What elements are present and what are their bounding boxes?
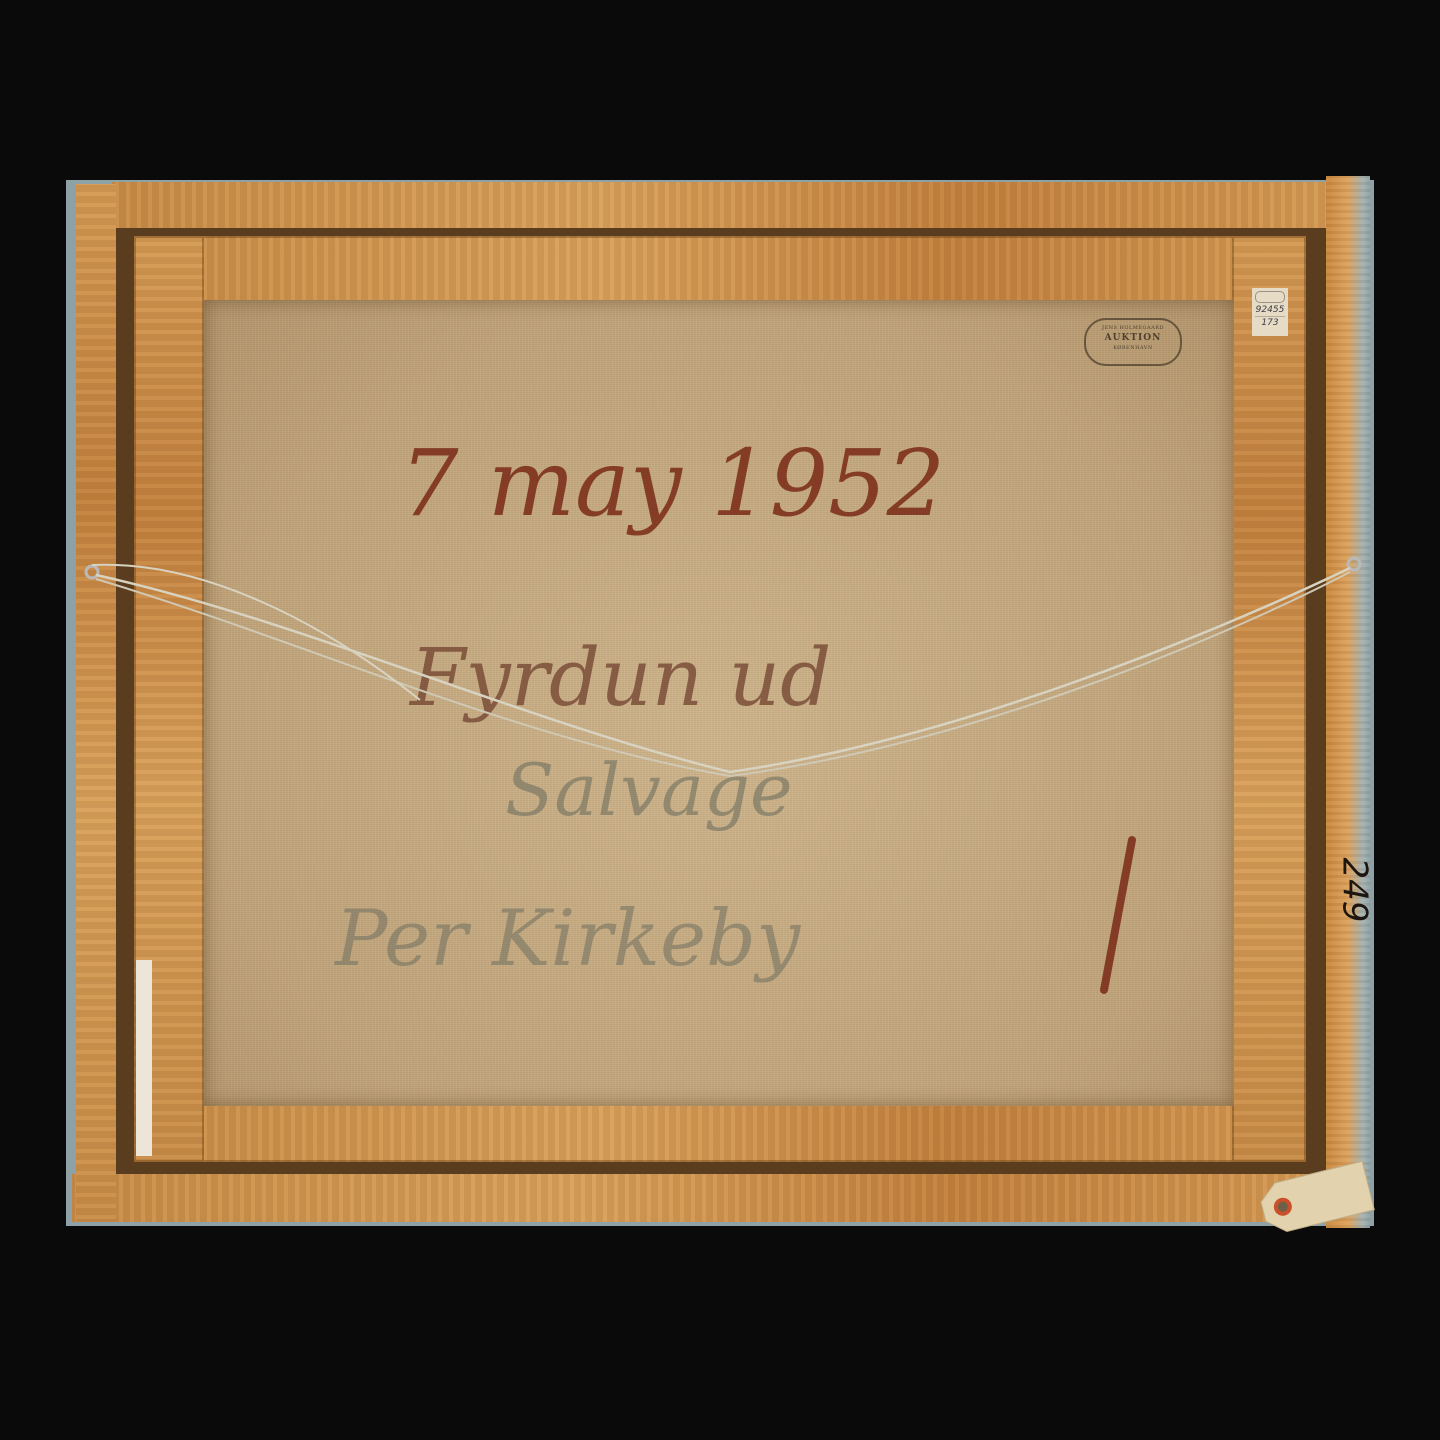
tag-layer	[0, 0, 1440, 1440]
paper-tag	[1257, 1161, 1374, 1236]
